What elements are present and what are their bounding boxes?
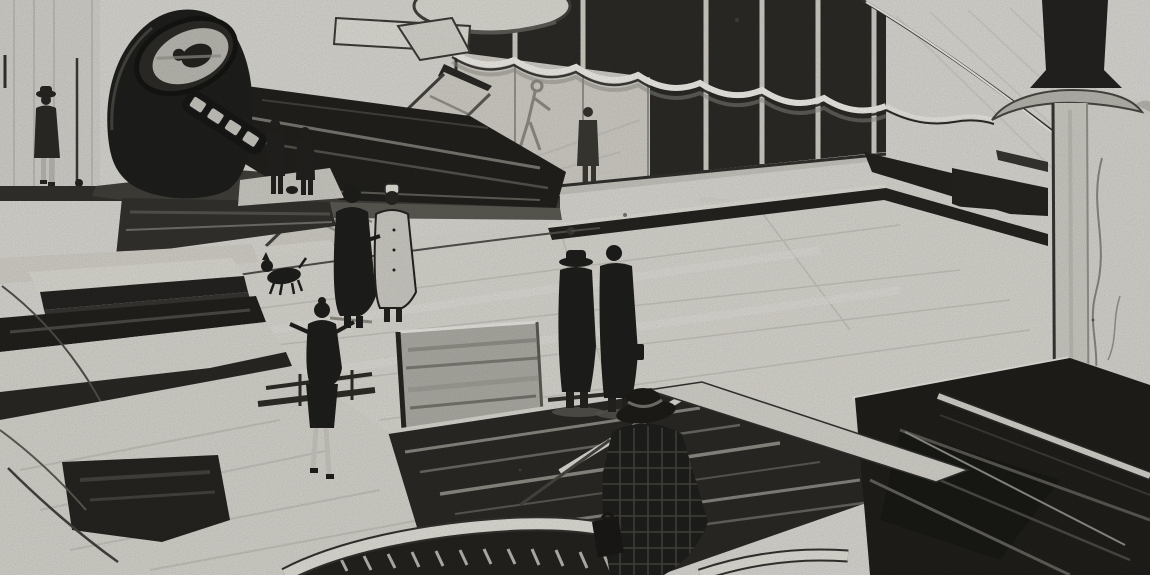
- illustration-canvas: Futuristic multilevel transit terminal -…: [0, 0, 1150, 575]
- grain-overlay: [0, 0, 1150, 575]
- station-sketch: Futuristic multilevel transit terminal -…: [0, 0, 1150, 575]
